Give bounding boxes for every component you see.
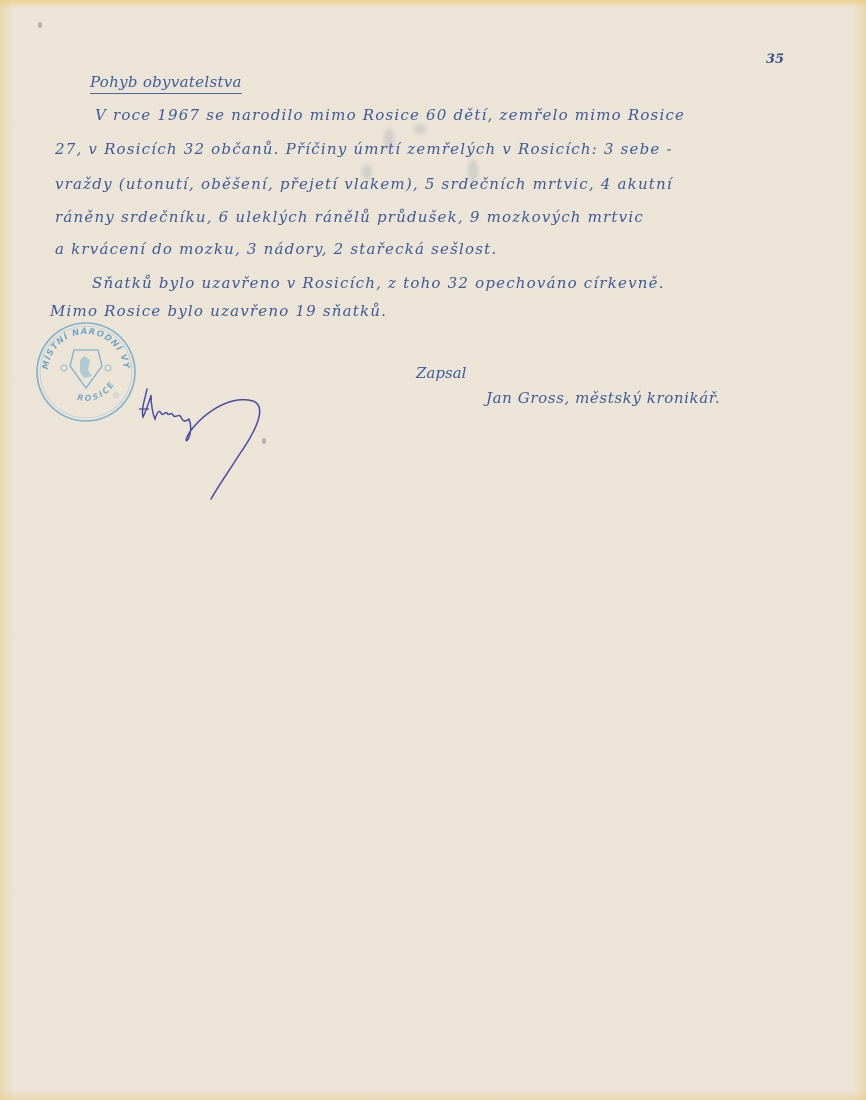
- section-heading: Pohyb obyvatelstva: [90, 73, 242, 94]
- paper-mark: [38, 22, 42, 28]
- svg-text:☆: ☆: [112, 391, 120, 401]
- paper-mark: [262, 438, 266, 444]
- text-line: Sňatků bylo uzavřeno v Rosicích, z toho …: [92, 274, 665, 292]
- text-line: V roce 1967 se narodilo mimo Rosice 60 d…: [95, 106, 685, 124]
- page-number: 35: [766, 52, 784, 67]
- paper-stain: [414, 124, 426, 134]
- text-line: ráněny srdečníku, 6 uleklých ránělů průd…: [55, 208, 644, 226]
- signoff-label: Zapsal: [416, 364, 466, 382]
- text-line: Mimo Rosice bylo uzavřeno 19 sňatků.: [50, 302, 387, 320]
- signature-icon: [135, 375, 275, 505]
- paper-stain: [384, 128, 394, 150]
- paper-stain: [468, 160, 478, 182]
- chronicler-name: Jan Gross, městský kronikář.: [486, 389, 720, 407]
- official-stamp-icon: MÍSTNÍ NÁRODNÍ VÝBOR ROSICE ☆: [34, 320, 138, 424]
- text-line: 27, v Rosicích 32 občanů. Příčiny úmrtí …: [55, 140, 673, 158]
- text-line: a krvácení do mozku, 3 nádory, 2 stařeck…: [55, 240, 497, 258]
- document-page: 35 Pohyb obyvatelstva V roce 1967 se nar…: [0, 0, 866, 1100]
- paper-stain: [362, 165, 372, 179]
